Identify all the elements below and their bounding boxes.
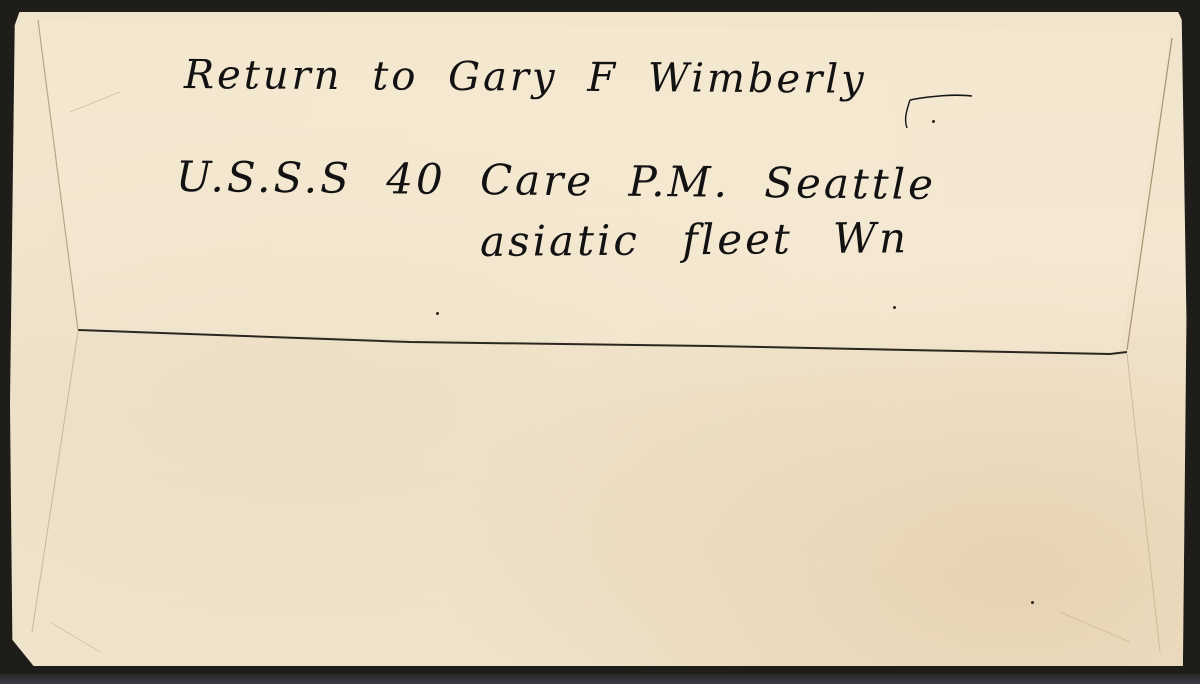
ink-speck: [436, 312, 439, 315]
return-address-fleet: asiatic fleet: [480, 214, 793, 266]
envelope-fold-lines: [10, 12, 1190, 666]
return-address-line-1: Return to Gary F Wimberly: [184, 52, 867, 103]
ink-speck: [1031, 601, 1034, 604]
scan-bottom-strip: [0, 674, 1200, 684]
ink-speck: [932, 120, 935, 123]
return-address-state: Wn: [833, 213, 910, 263]
ink-speck: [893, 306, 896, 309]
scan-frame: Return to Gary F Wimberly U.S.S.S 40 Car…: [0, 0, 1200, 684]
return-address-line-3: asiatic fleetWn: [480, 213, 909, 266]
return-address-line-2: U.S.S.S 40 Care P.M. Seattle: [176, 152, 937, 209]
envelope-back: Return to Gary F Wimberly U.S.S.S 40 Car…: [10, 12, 1190, 666]
